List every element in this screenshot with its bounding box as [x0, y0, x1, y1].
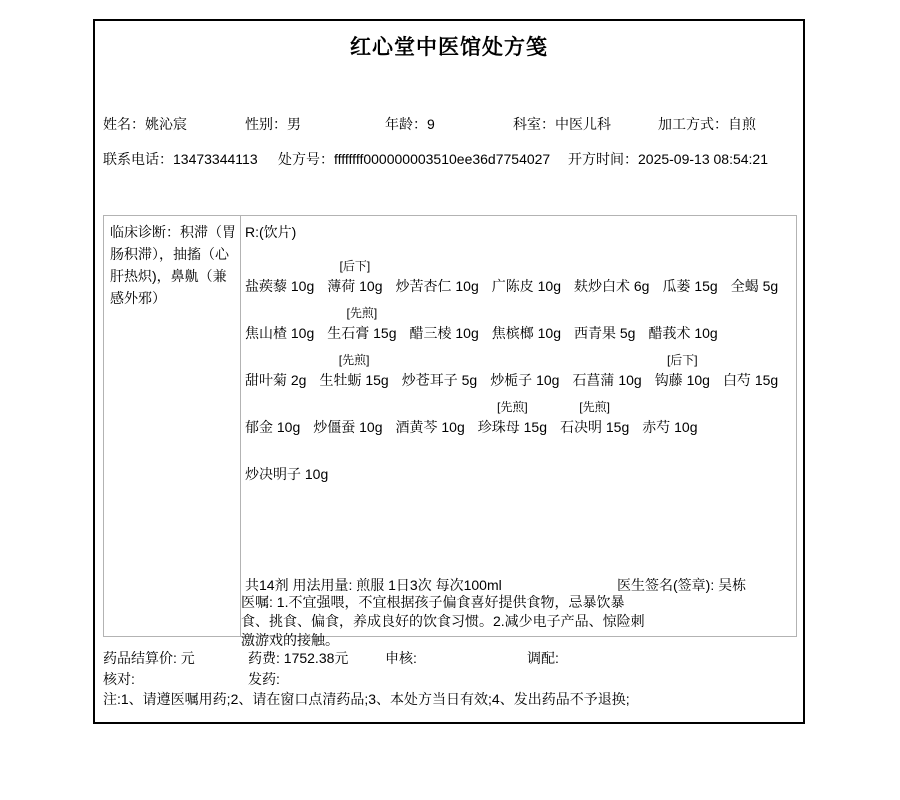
herb-name-dose: 酒黄芩 10g: [396, 417, 465, 438]
herb-name-dose: 郁金 10g: [245, 417, 300, 438]
department-value: 中医儿科: [555, 116, 611, 132]
dispense-field: 调配:: [527, 648, 559, 668]
decoction-method-tag: [后下]: [667, 351, 698, 370]
department-label: 科室：: [513, 116, 555, 132]
gender-field: 性别：男: [245, 114, 301, 134]
patient-name-field: 姓名：姚沁宸: [103, 114, 187, 134]
herb-item: [先煎]生牡蛎 15g: [319, 351, 388, 391]
herb-name-dose: 麸炒白术 6g: [574, 276, 649, 297]
herb-item: [先煎]生石膏 15g: [327, 304, 396, 344]
phone-label: 联系电话：: [103, 151, 173, 167]
issue-time-value: 2025-09-13 08:54:21: [638, 151, 768, 167]
age-value: 9: [427, 116, 435, 132]
medicine-fee-field: 药费: 1752.38元: [248, 648, 348, 668]
herb-name-dose: 盐蒺藜 10g: [245, 276, 314, 297]
herb-name-dose: 炒僵蚕 10g: [313, 417, 382, 438]
medical-advice: 医嘱: 1.不宜强喂，不宜根据孩子偏食喜好提供食物，忌暴饮暴食、挑食、偏食，养成…: [241, 593, 636, 650]
herb-item: 焦山楂 10g: [245, 304, 314, 344]
herb-name-dose: 炒栀子 10g: [490, 370, 559, 391]
decoction-method-tag: [先煎]: [497, 398, 528, 417]
herb-item: 郁金 10g: [245, 398, 300, 438]
gender-label: 性别：: [245, 116, 287, 132]
herb-name-dose: 石决明 15g: [560, 417, 629, 438]
herb-item: 醋三棱 10g: [410, 304, 479, 344]
decoction-method-tag: [先煎]: [579, 398, 610, 417]
herb-name-dose: 赤芍 10g: [642, 417, 697, 438]
issue-time-label: 开方时间：: [568, 151, 638, 167]
review-field: 申核:: [385, 648, 417, 668]
herb-name-dose: 生牡蛎 15g: [319, 370, 388, 391]
herb-name-dose: 炒苦杏仁 10g: [396, 276, 479, 297]
decoction-method-tag: [后下]: [340, 257, 371, 276]
herb-item: 炒僵蚕 10g: [313, 398, 382, 438]
herb-item: 炒决明子 10g: [245, 445, 328, 485]
prescription-number-field: 处方号：ffffffff000000003510ee36d7754027: [278, 149, 550, 169]
herb-item: 炒苍耳子 5g: [402, 351, 477, 391]
dosage-usage: 共14剂 用法用量: 煎服 1日3次 每次100ml: [245, 575, 502, 595]
footer-note: 注:1、请遵医嘱用药;2、请在窗口点清药品;3、本处方当日有效;4、发出药品不予…: [103, 689, 630, 709]
herb-item: 赤芍 10g: [642, 398, 697, 438]
page-title: 红心堂中医馆处方笺: [93, 31, 805, 61]
herb-item: 西青果 5g: [574, 304, 635, 344]
processing-method-value: 自煎: [728, 116, 756, 132]
age-field: 年龄：9: [385, 114, 435, 134]
herb-line: 郁金 10g炒僵蚕 10g酒黄芩 10g[先煎]珍珠母 15g[先煎]石决明 1…: [245, 391, 790, 438]
issue-field: 发药:: [248, 669, 280, 689]
prescription-number-label: 处方号：: [278, 151, 334, 167]
herb-name-dose: 醋莪术 10g: [648, 323, 717, 344]
herb-name-dose: 白芍 15g: [723, 370, 778, 391]
patient-name-value: 姚沁宸: [145, 116, 187, 132]
herb-name-dose: 生石膏 15g: [327, 323, 396, 344]
herb-item: 麸炒白术 6g: [574, 257, 649, 297]
herb-name-dose: 西青果 5g: [574, 323, 635, 344]
prescription-page: 红心堂中医馆处方笺 姓名：姚沁宸 性别：男 年龄：9 科室：中医儿科 加工方式：…: [0, 0, 900, 800]
herb-item: 白芍 15g: [723, 351, 778, 391]
herb-item: 广陈皮 10g: [492, 257, 561, 297]
phone-field: 联系电话：13473344113: [103, 149, 258, 169]
herb-line: 甜叶菊 2g[先煎]生牡蛎 15g炒苍耳子 5g炒栀子 10g石菖蒲 10g[后…: [245, 344, 790, 391]
decoction-method-tag: [先煎]: [339, 351, 370, 370]
gender-value: 男: [287, 116, 301, 132]
clinical-diagnosis: 临床诊断：积滞（胃肠积滞），抽搐（心肝热炽)，鼻鼽（兼感外邪）: [110, 221, 236, 309]
herb-name-dose: 瓜蒌 15g: [662, 276, 717, 297]
herb-item: 酒黄芩 10g: [396, 398, 465, 438]
check-field: 核对:: [103, 669, 135, 689]
herb-item: 盐蒺藜 10g: [245, 257, 314, 297]
herb-name-dose: 珍珠母 15g: [478, 417, 547, 438]
herb-item: 石菖蒲 10g: [572, 351, 641, 391]
medical-advice-line: 医嘱: 1.不宜强喂，不宜根据孩子偏食喜好提供食物，忌暴饮暴: [241, 593, 636, 612]
herb-item: 焦槟榔 10g: [492, 304, 561, 344]
herb-item: 瓜蒌 15g: [662, 257, 717, 297]
herb-name-dose: 醋三棱 10g: [410, 323, 479, 344]
herb-name-dose: 炒决明子 10g: [245, 464, 328, 485]
processing-method-label: 加工方式：: [658, 116, 728, 132]
herb-item: 炒栀子 10g: [490, 351, 559, 391]
herb-name-dose: 广陈皮 10g: [492, 276, 561, 297]
herb-name-dose: 甜叶菊 2g: [245, 370, 306, 391]
herb-name-dose: 焦山楂 10g: [245, 323, 314, 344]
herb-line: 炒决明子 10g: [245, 438, 790, 485]
herb-item: 醋莪术 10g: [648, 304, 717, 344]
herb-lines: 盐蒺藜 10g[后下]薄荷 10g炒苦杏仁 10g广陈皮 10g麸炒白术 6g瓜…: [245, 250, 790, 485]
herb-item: [后下]薄荷 10g: [327, 257, 382, 297]
herb-line: 焦山楂 10g[先煎]生石膏 15g醋三棱 10g焦槟榔 10g西青果 5g醋莪…: [245, 297, 790, 344]
herb-name-dose: 全蝎 5g: [731, 276, 778, 297]
department-field: 科室：中医儿科: [513, 114, 611, 134]
herb-name-dose: 炒苍耳子 5g: [402, 370, 477, 391]
herb-name-dose: 石菖蒲 10g: [572, 370, 641, 391]
medical-advice-line: 食、挑食、偏食，养成良好的饮食习惯。2.减少电子产品、惊险刺: [241, 612, 636, 631]
herb-name-dose: 焦槟榔 10g: [492, 323, 561, 344]
herb-name-dose: 薄荷 10g: [327, 276, 382, 297]
processing-method-field: 加工方式：自煎: [658, 114, 756, 134]
herb-item: [后下]钩藤 10g: [655, 351, 710, 391]
herb-item: 炒苦杏仁 10g: [396, 257, 479, 297]
herb-item: [先煎]石决明 15g: [560, 398, 629, 438]
herb-item: [先煎]珍珠母 15g: [478, 398, 547, 438]
decoction-method-tag: [先煎]: [347, 304, 378, 323]
doctor-signature: 医生签名(签章): 吴栋: [617, 575, 746, 595]
prescription-number-value: ffffffff000000003510ee36d7754027: [334, 151, 550, 167]
diagnosis-divider: [240, 215, 241, 637]
patient-name-label: 姓名：: [103, 116, 145, 132]
age-label: 年龄：: [385, 116, 427, 132]
herb-item: 甜叶菊 2g: [245, 351, 306, 391]
settlement-price-field: 药品结算价: 元: [103, 648, 195, 668]
herb-item: 全蝎 5g: [731, 257, 778, 297]
phone-value: 13473344113: [173, 151, 258, 167]
rx-header: R:(饮片): [245, 222, 296, 242]
herb-name-dose: 钩藤 10g: [655, 370, 710, 391]
herb-line: 盐蒺藜 10g[后下]薄荷 10g炒苦杏仁 10g广陈皮 10g麸炒白术 6g瓜…: [245, 250, 790, 297]
issue-time-field: 开方时间：2025-09-13 08:54:21: [568, 149, 768, 169]
